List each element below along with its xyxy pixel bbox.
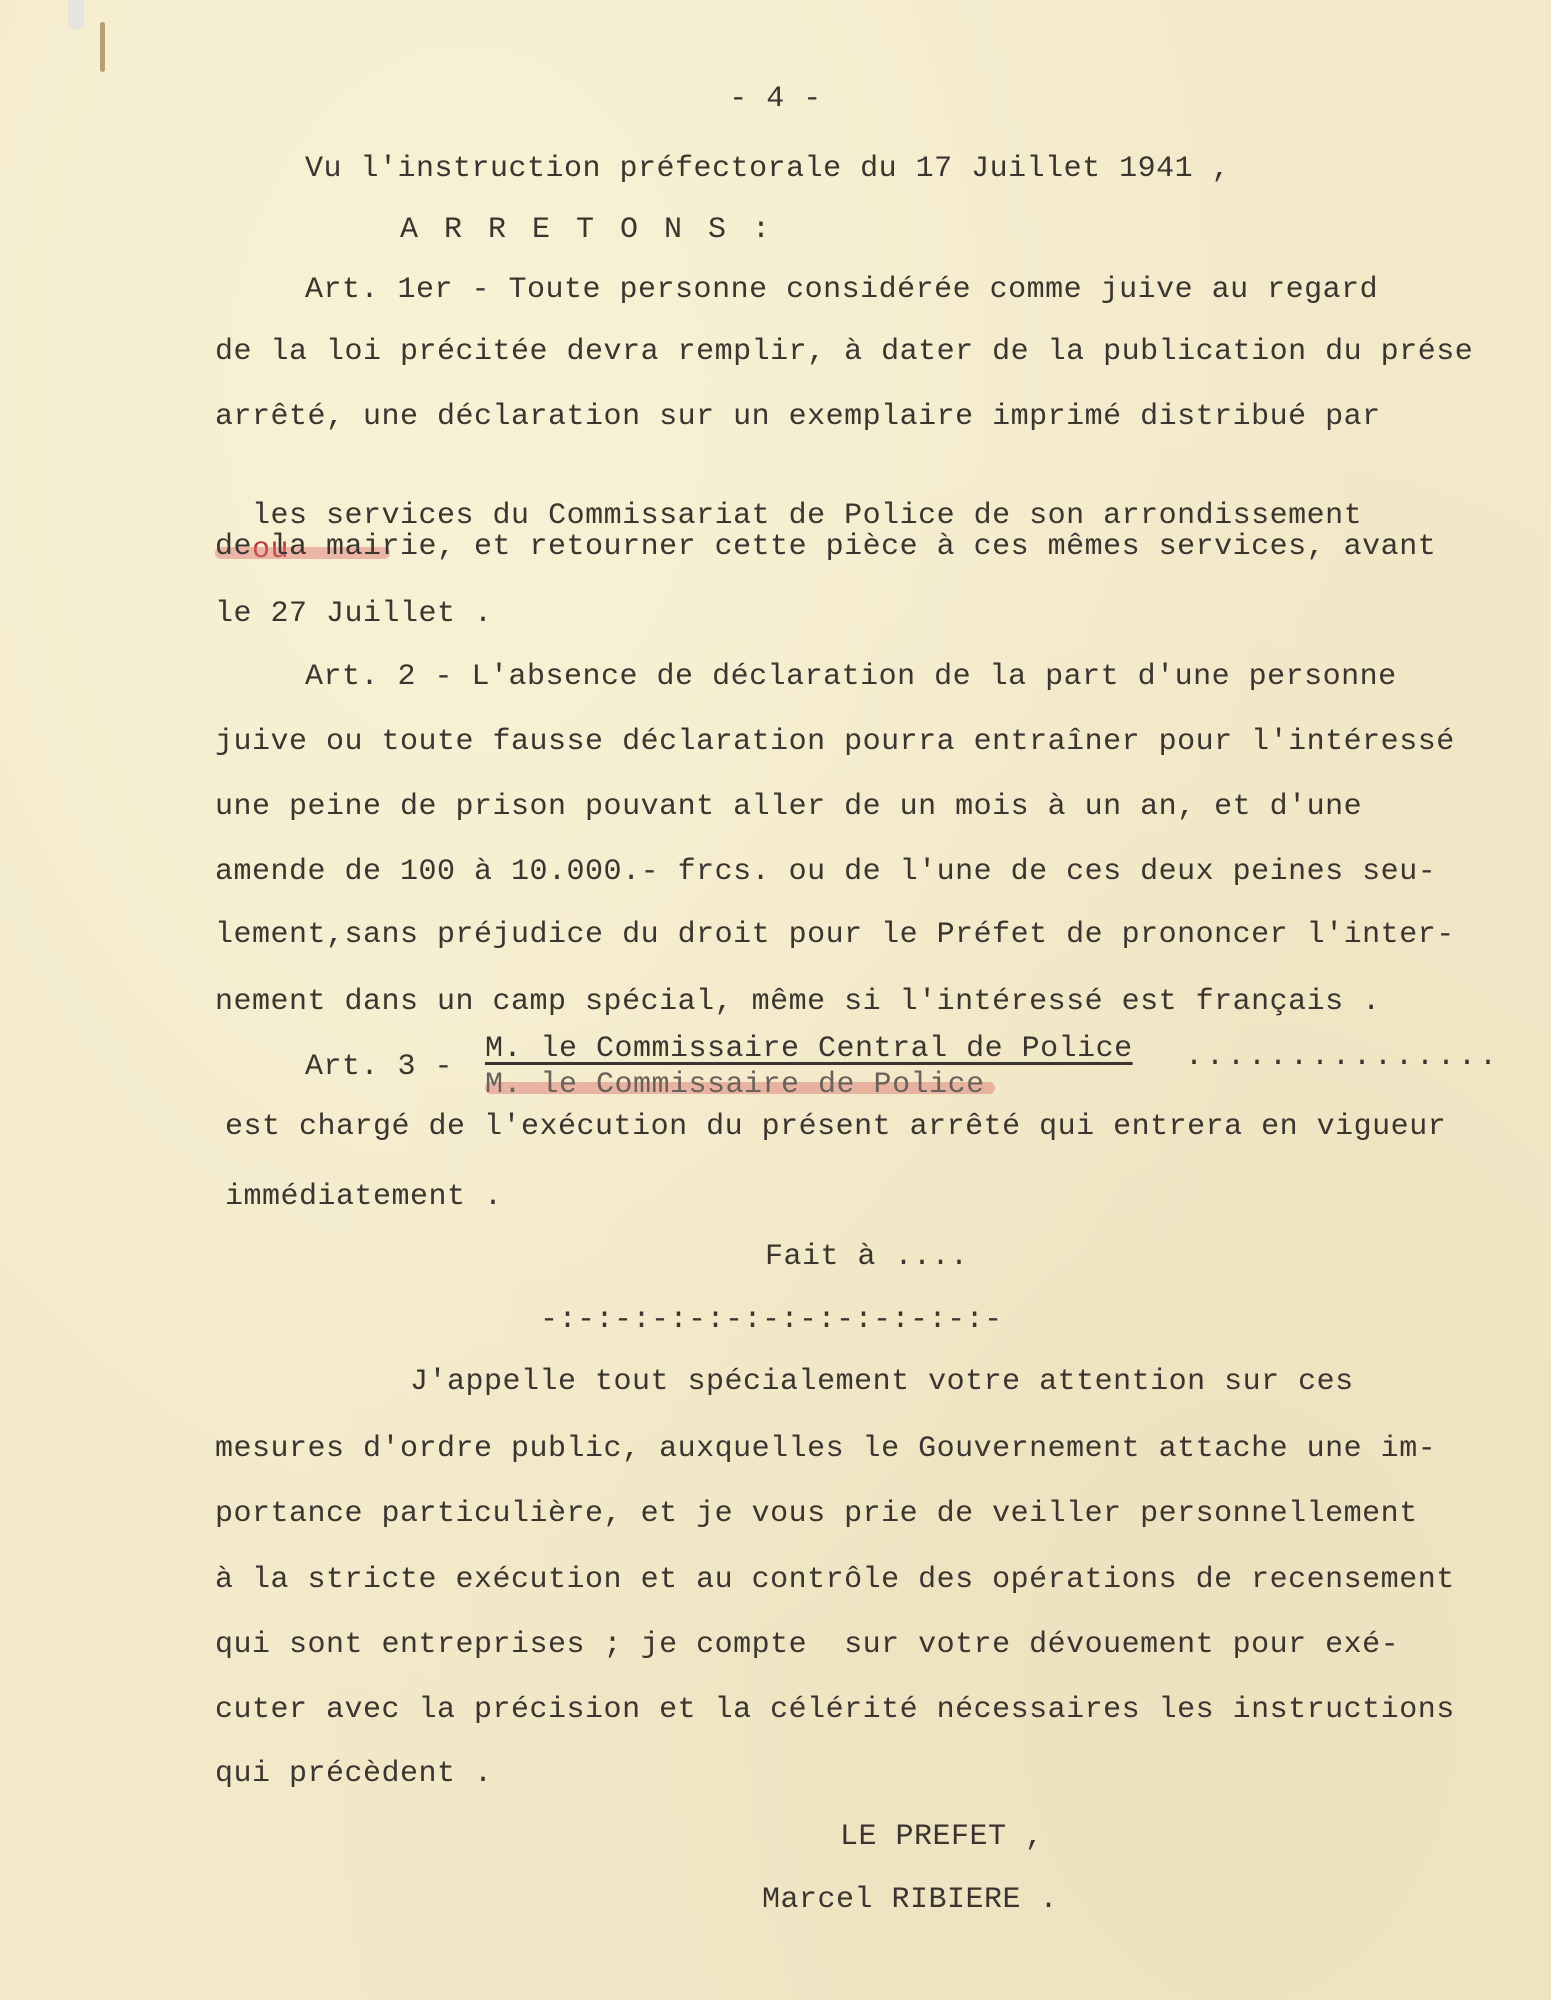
heading-arretons: A R R E T O N S :: [400, 213, 774, 247]
preamble: Vu l'instruction préfectorale du 17 Juil…: [305, 152, 1230, 186]
art1-line-2: de la loi précitée devra remplir, à date…: [215, 335, 1473, 369]
art3-option-struck: M. le Commissaire de Police: [485, 1068, 985, 1102]
art3-option-central: M. le Commissaire Central de Police: [485, 1032, 1133, 1066]
closing-line-1: J'appelle tout spécialement votre attent…: [410, 1365, 1354, 1399]
art1-line-4-text: les services du Commissariat de Police d…: [252, 499, 1362, 533]
paper-stain: [100, 22, 105, 72]
page-number: - 4 -: [0, 82, 1551, 116]
art2-line-4: amende de 100 à 10.000.- frcs. ou de l'u…: [215, 855, 1436, 889]
art3-line-1: est chargé de l'exécution du présent arr…: [225, 1110, 1446, 1144]
signature-name: Marcel RIBIERE .: [762, 1883, 1058, 1917]
art1-line-6: le 27 Juillet .: [215, 597, 493, 631]
fait-a: Fait à ....: [765, 1240, 969, 1274]
art3-prefix: Art. 3 -: [305, 1050, 453, 1084]
closing-line-4: à la stricte exécution et au contrôle de…: [215, 1563, 1455, 1597]
paper-tear: [68, 0, 84, 30]
art2-line-6: nement dans un camp spécial, même si l'i…: [215, 985, 1381, 1019]
closing-line-3: portance particulière, et je vous prie d…: [215, 1497, 1418, 1531]
art3-dots: ...............: [1185, 1040, 1500, 1074]
art3-line-2: immédiatement .: [225, 1180, 503, 1214]
closing-line-5: qui sont entreprises ; je compte sur vot…: [215, 1628, 1399, 1662]
closing-line-7: qui précèdent .: [215, 1757, 493, 1791]
art2-line-1: Art. 2 - L'absence de déclaration de la …: [305, 660, 1397, 694]
art1-line-1: Art. 1er - Toute personne considérée com…: [305, 273, 1378, 307]
closing-line-2: mesures d'ordre public, auxquelles le Go…: [215, 1432, 1436, 1466]
art2-line-3: une peine de prison pouvant aller de un …: [215, 790, 1362, 824]
art1-line-5: de la mairie, et retourner cette pièce à…: [215, 530, 1436, 564]
separator: -:-:-:-:-:-:-:-:-:-:-:-:-: [540, 1303, 1003, 1337]
art2-line-2: juive ou toute fausse déclaration pourra…: [215, 725, 1455, 759]
art2-line-5: lement,sans préjudice du droit pour le P…: [215, 918, 1455, 952]
signature-title: LE PREFET ,: [840, 1820, 1044, 1854]
closing-line-6: cuter avec la précision et la célérité n…: [215, 1693, 1455, 1727]
art1-line-3: arrêté, une déclaration sur un exemplair…: [215, 400, 1381, 434]
